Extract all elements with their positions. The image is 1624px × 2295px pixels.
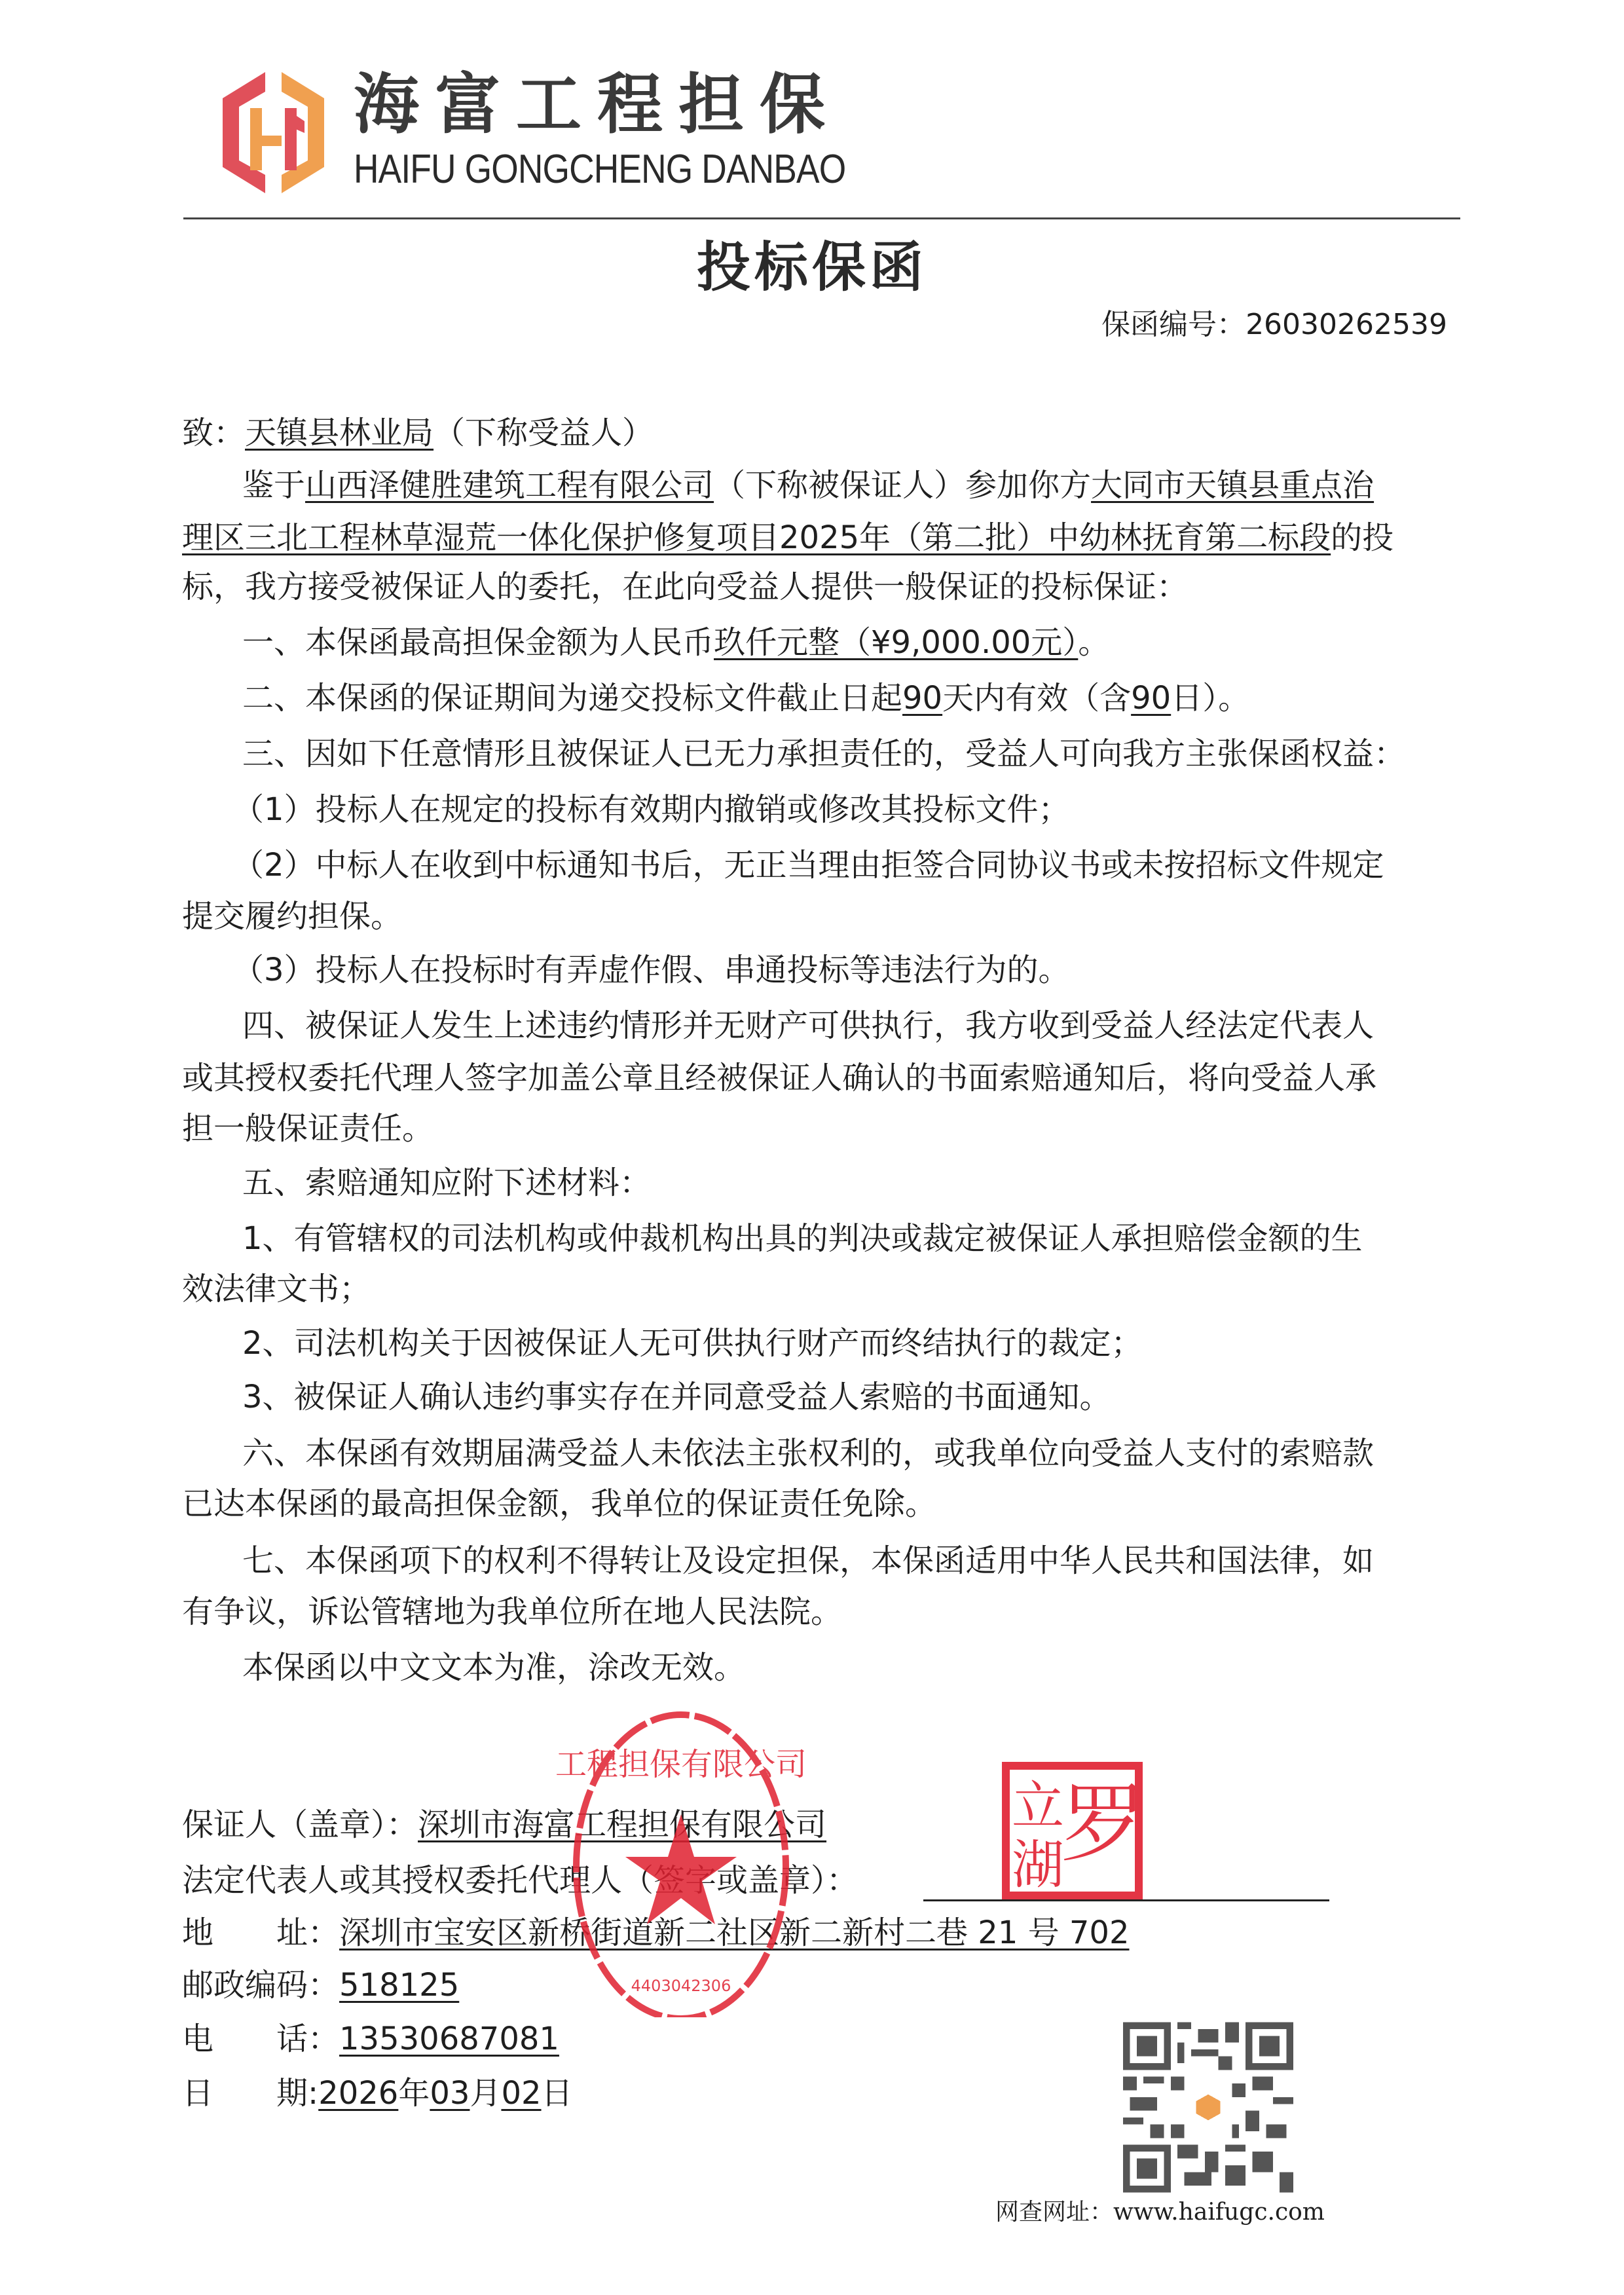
validity-days-inclusive: 90	[1131, 680, 1171, 717]
validity-days: 90	[902, 680, 942, 717]
intro-line-3: 标，我方接受被保证人的委托，在此向受益人提供一般保证的投标保证：	[182, 567, 1188, 607]
clause-5-item-3: 3、被保证人确认违约事实存在并同意受益人索赔的书面通知。	[242, 1377, 1111, 1417]
clause-5-item-1-cont: 效法律文书；	[182, 1269, 371, 1309]
header-divider	[183, 217, 1460, 219]
intro-line-1: 鉴于山西泽健胜建筑工程有限公司（下称被保证人）参加你方大同市天镇县重点治	[242, 465, 1374, 506]
serial-label: 保函编号：	[1101, 308, 1246, 341]
date-row: 日 期:2026年03月02日	[182, 2073, 573, 2114]
clause-3-item-3: （3）投标人在投标时有弄虚作假、串通投标等违法行为的。	[232, 950, 1070, 990]
project-name-part2: 理区三北工程林草湿荒一体化保护修复项目2025年（第二批）中幼林抚育第二标段	[182, 519, 1331, 556]
personal-seal-stamp: 立 湖 罗	[1002, 1762, 1143, 1899]
addressee: 致：天镇县林业局（下称受益人）	[182, 413, 654, 453]
clause-3-item-2-cont: 提交履约担保。	[182, 896, 402, 937]
clause-5-item-1: 1、有管辖权的司法机构或仲裁机构出具的判决或裁定被保证人承担赔偿金额的生	[242, 1218, 1363, 1259]
clause-3: 三、因如下任意情形且被保证人已无力承担责任的，受益人可向我方主张保函权益：	[242, 734, 1405, 774]
phone-label: 电 话：	[182, 2021, 339, 2057]
clause-3-item-1: （1）投标人在规定的投标有效期内撤销或修改其投标文件；	[232, 789, 1070, 830]
verify-url-link[interactable]: www.haifugc.com	[1113, 2199, 1325, 2226]
applicant-name: 山西泽健胜建筑工程有限公司	[305, 467, 714, 504]
clause-4: 四、被保证人发生上述违约情形并无财产可供执行，我方收到受益人经法定代表人	[242, 1005, 1374, 1046]
intro-text: （下称被保证人）参加你方	[714, 467, 1091, 504]
clause-text: 一、本保函最高担保金额为人民币	[242, 624, 714, 661]
clause-1: 一、本保函最高担保金额为人民币玖仟元整（¥9,000.00元）。	[242, 622, 1109, 663]
addressee-prefix: 致：	[182, 415, 245, 451]
clause-2: 二、本保函的保证期间为递交投标文件截止日起90天内有效（含90日）。	[242, 678, 1249, 718]
clause-6: 六、本保函有效期届满受益人未依法主张权利的，或我单位向受益人支付的索赔款	[242, 1433, 1374, 1474]
svg-text:工程担保有限公司: 工程担保有限公司	[555, 1746, 807, 1783]
svg-text:罗: 罗	[1061, 1774, 1143, 1874]
beneficiary-name: 天镇县林业局	[245, 415, 434, 451]
clause-8: 本保函以中文文本为准，涂改无效。	[242, 1647, 745, 1688]
date-day: 02	[501, 2075, 541, 2112]
guarantee-amount: 玖仟元整（¥9,000.00元）	[714, 624, 1078, 661]
phone-row: 电 话：13530687081	[182, 2019, 559, 2059]
signature-line	[923, 1899, 1329, 1901]
intro-text: 的投	[1331, 519, 1393, 556]
project-name-part1: 大同市天镇县重点治	[1091, 467, 1374, 504]
intro-line-2: 理区三北工程林草湿荒一体化保护修复项目2025年（第二批）中幼林抚育第二标段的投	[182, 517, 1393, 558]
postcode-label: 邮政编码：	[182, 1967, 339, 2004]
brand-name-en: HAIFU GONGCHENG DANBAO	[354, 149, 845, 190]
postcode-row: 邮政编码：518125	[182, 1965, 459, 2006]
clause-3-item-2: （2）中标人在收到中标通知书后，无正当理由拒签合同协议书或未按招标文件规定	[232, 845, 1384, 886]
clause-text: 二、本保函的保证期间为递交投标文件截止日起	[242, 680, 902, 717]
clause-text: 日）。	[1171, 680, 1249, 717]
clause-7-cont: 有争议，诉讼管辖地为我单位所在地人民法院。	[182, 1592, 842, 1632]
date-year: 2026	[318, 2075, 398, 2112]
guarantor-label: 保证人（盖章）：	[182, 1806, 418, 1843]
clause-6-cont: 已达本保函的最高担保金额，我单位的保证责任免除。	[182, 1483, 936, 1524]
clause-5: 五、索赔通知应附下述材料：	[242, 1163, 651, 1203]
company-seal-stamp: 工程担保有限公司 4403042306	[471, 1703, 891, 2017]
date-month-unit: 月	[470, 2075, 501, 2112]
clause-4-cont-1: 或其授权委托代理人签字加盖公章且经被保证人确认的书面索赔通知后，将向受益人承	[182, 1058, 1376, 1098]
serial-number: 26030262539	[1246, 308, 1447, 341]
intro-text: 鉴于	[242, 467, 305, 504]
phone-value: 13530687081	[339, 2021, 559, 2057]
clause-4-cont-2: 担一般保证责任。	[182, 1108, 434, 1149]
guarantee-serial: 保函编号：26030262539	[1101, 308, 1447, 343]
addressee-suffix: （下称受益人）	[434, 415, 654, 451]
date-label: 日 期:	[182, 2075, 318, 2112]
date-day-unit: 日	[542, 2075, 573, 2112]
clause-7: 七、本保函项下的权利不得转让及设定担保，本保函适用中华人民共和国法律，如	[242, 1540, 1374, 1581]
qr-code-icon[interactable]	[1123, 2021, 1293, 2194]
postcode-value: 518125	[339, 1967, 459, 2004]
document-title: 投标保函	[0, 236, 1624, 300]
brand-name-cn: 海富工程担保	[354, 72, 841, 138]
date-year-unit: 年	[398, 2075, 430, 2112]
svg-text:4403042306: 4403042306	[631, 1977, 731, 1995]
svg-text:立: 立	[1012, 1776, 1064, 1837]
verify-label: 网查网址：	[995, 2199, 1113, 2226]
clause-text: 天内有效（含	[942, 680, 1131, 717]
clause-5-item-2: 2、司法机构关于因被保证人无可供执行财产而终结执行的裁定；	[242, 1323, 1143, 1364]
clause-text: 。	[1078, 624, 1109, 661]
date-month: 03	[430, 2075, 470, 2112]
verification-site: 网查网址：www.haifugc.com	[995, 2197, 1325, 2228]
address-label: 地 址：	[182, 1914, 339, 1951]
svg-text:湖: 湖	[1012, 1835, 1064, 1895]
hf-hexagon-logo-icon	[216, 62, 331, 200]
